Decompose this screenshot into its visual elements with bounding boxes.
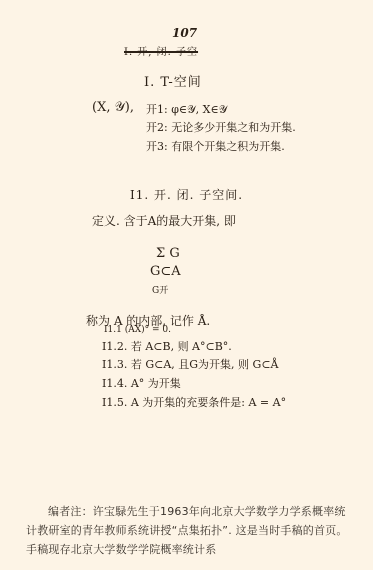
axiom-3: 开3: 有限个开集之积为开集. [146, 138, 285, 154]
axiom-2: 开2: 无论多少开集之和为开集. [146, 119, 296, 135]
definition-interior: 定义. 含于A的最大开集, 即 [92, 212, 236, 229]
union-expression: Σ G [156, 246, 180, 261]
section-heading-open-closed-subspace: I1. 开. 闭. 子空间. [130, 186, 243, 203]
property-2: I1.2. 若 A⊂B, 则 A°⊂B°. [102, 338, 232, 354]
editor-note-caption: 编者注：许宝騄先生于1963年向北京大学数学力学系概率统计教研室的青年教师系统讲… [26, 502, 350, 559]
property-3: I1.3. 若 G⊂A, 且G为开集, 则 G⊂Å [102, 356, 279, 372]
manuscript-page: 107 I. 开, 闭. 子空 I. T-空间 (X, 𝒴), 开1: φ∈𝒴,… [0, 0, 373, 570]
page-number: 107 [172, 26, 197, 40]
property-5: I1.5. A 为开集的充要条件是: A = A° [102, 394, 286, 410]
property-4: I1.4. A° 为开集 [102, 375, 181, 391]
struck-heading: I. 开, 闭. 子空 [124, 43, 198, 58]
section-heading-t-space: I. T-空间 [144, 71, 202, 90]
union-condition-subset: G⊂A [150, 264, 181, 279]
union-condition-open: G开 [152, 283, 168, 296]
topological-space-pair: (X, 𝒴), [92, 100, 134, 115]
axiom-1: 开1: φ∈𝒴, X∈𝒴 [146, 101, 227, 117]
property-1: I1.1 (AX̄)° = 0. [104, 325, 171, 335]
